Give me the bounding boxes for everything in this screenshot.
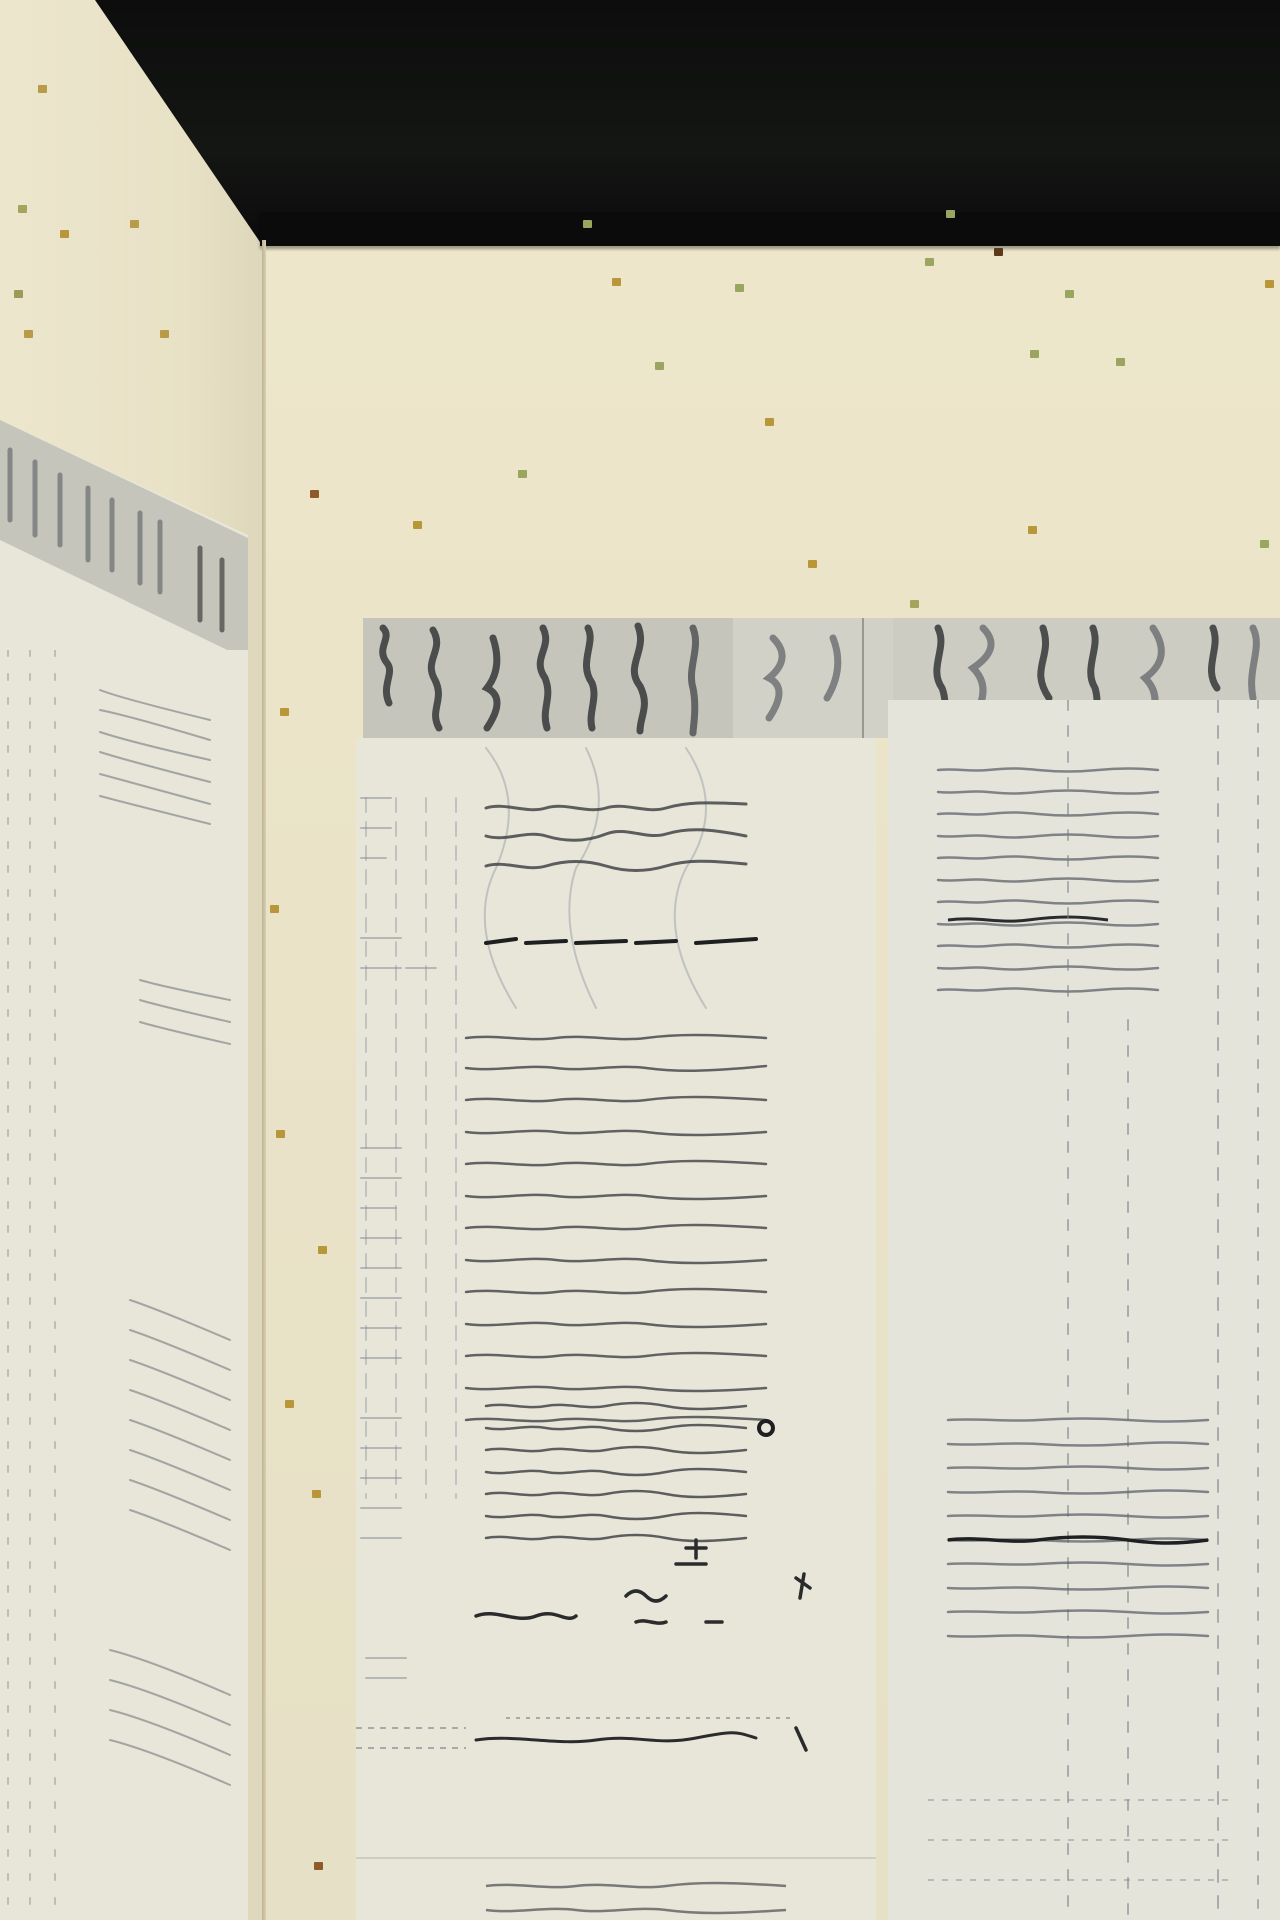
right-manuscript-sheet <box>888 700 1280 1920</box>
left-manuscript-script <box>0 650 248 1920</box>
central-sheet-margin-notes <box>356 738 456 1920</box>
left-manuscript-header-band <box>0 420 248 650</box>
